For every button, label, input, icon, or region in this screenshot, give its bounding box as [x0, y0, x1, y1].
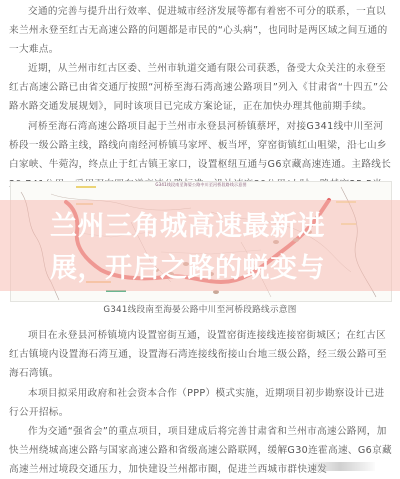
- paragraph-intro: 交通的完善与提升出行效率、促进城市经济发展等都有着密不可分的联系，一直以来兰州永…: [9, 2, 393, 60]
- paragraph-recent-news: 近期，从兰州市红古区委、兰州市轨道交通有限公司获悉，备受大众关注的永登至红古高速…: [9, 59, 393, 117]
- headline-overlay-title: 兰州三角城高速最新进 展，开启之路的蜕变与: [50, 206, 350, 290]
- figure-caption: G341线段南至海晏公路中川至河桥段路线示意图: [0, 303, 400, 315]
- headline-line-2: 展，开启之路的蜕变与: [50, 248, 350, 290]
- text-fade-blur: [305, 462, 375, 471]
- paragraph-ppp-model: 本项目拟采用政府和社会资本合作（PPP）模式实施，近期项目初步勘察设计已进行公开…: [9, 384, 393, 422]
- paragraph-interchanges: 项目在永登县河桥镇境内设置窑街互通，设置窑街连接线连接窑街城区；在红古区红古镇境…: [9, 326, 393, 384]
- headline-line-1: 兰州三角城高速最新进: [50, 206, 350, 248]
